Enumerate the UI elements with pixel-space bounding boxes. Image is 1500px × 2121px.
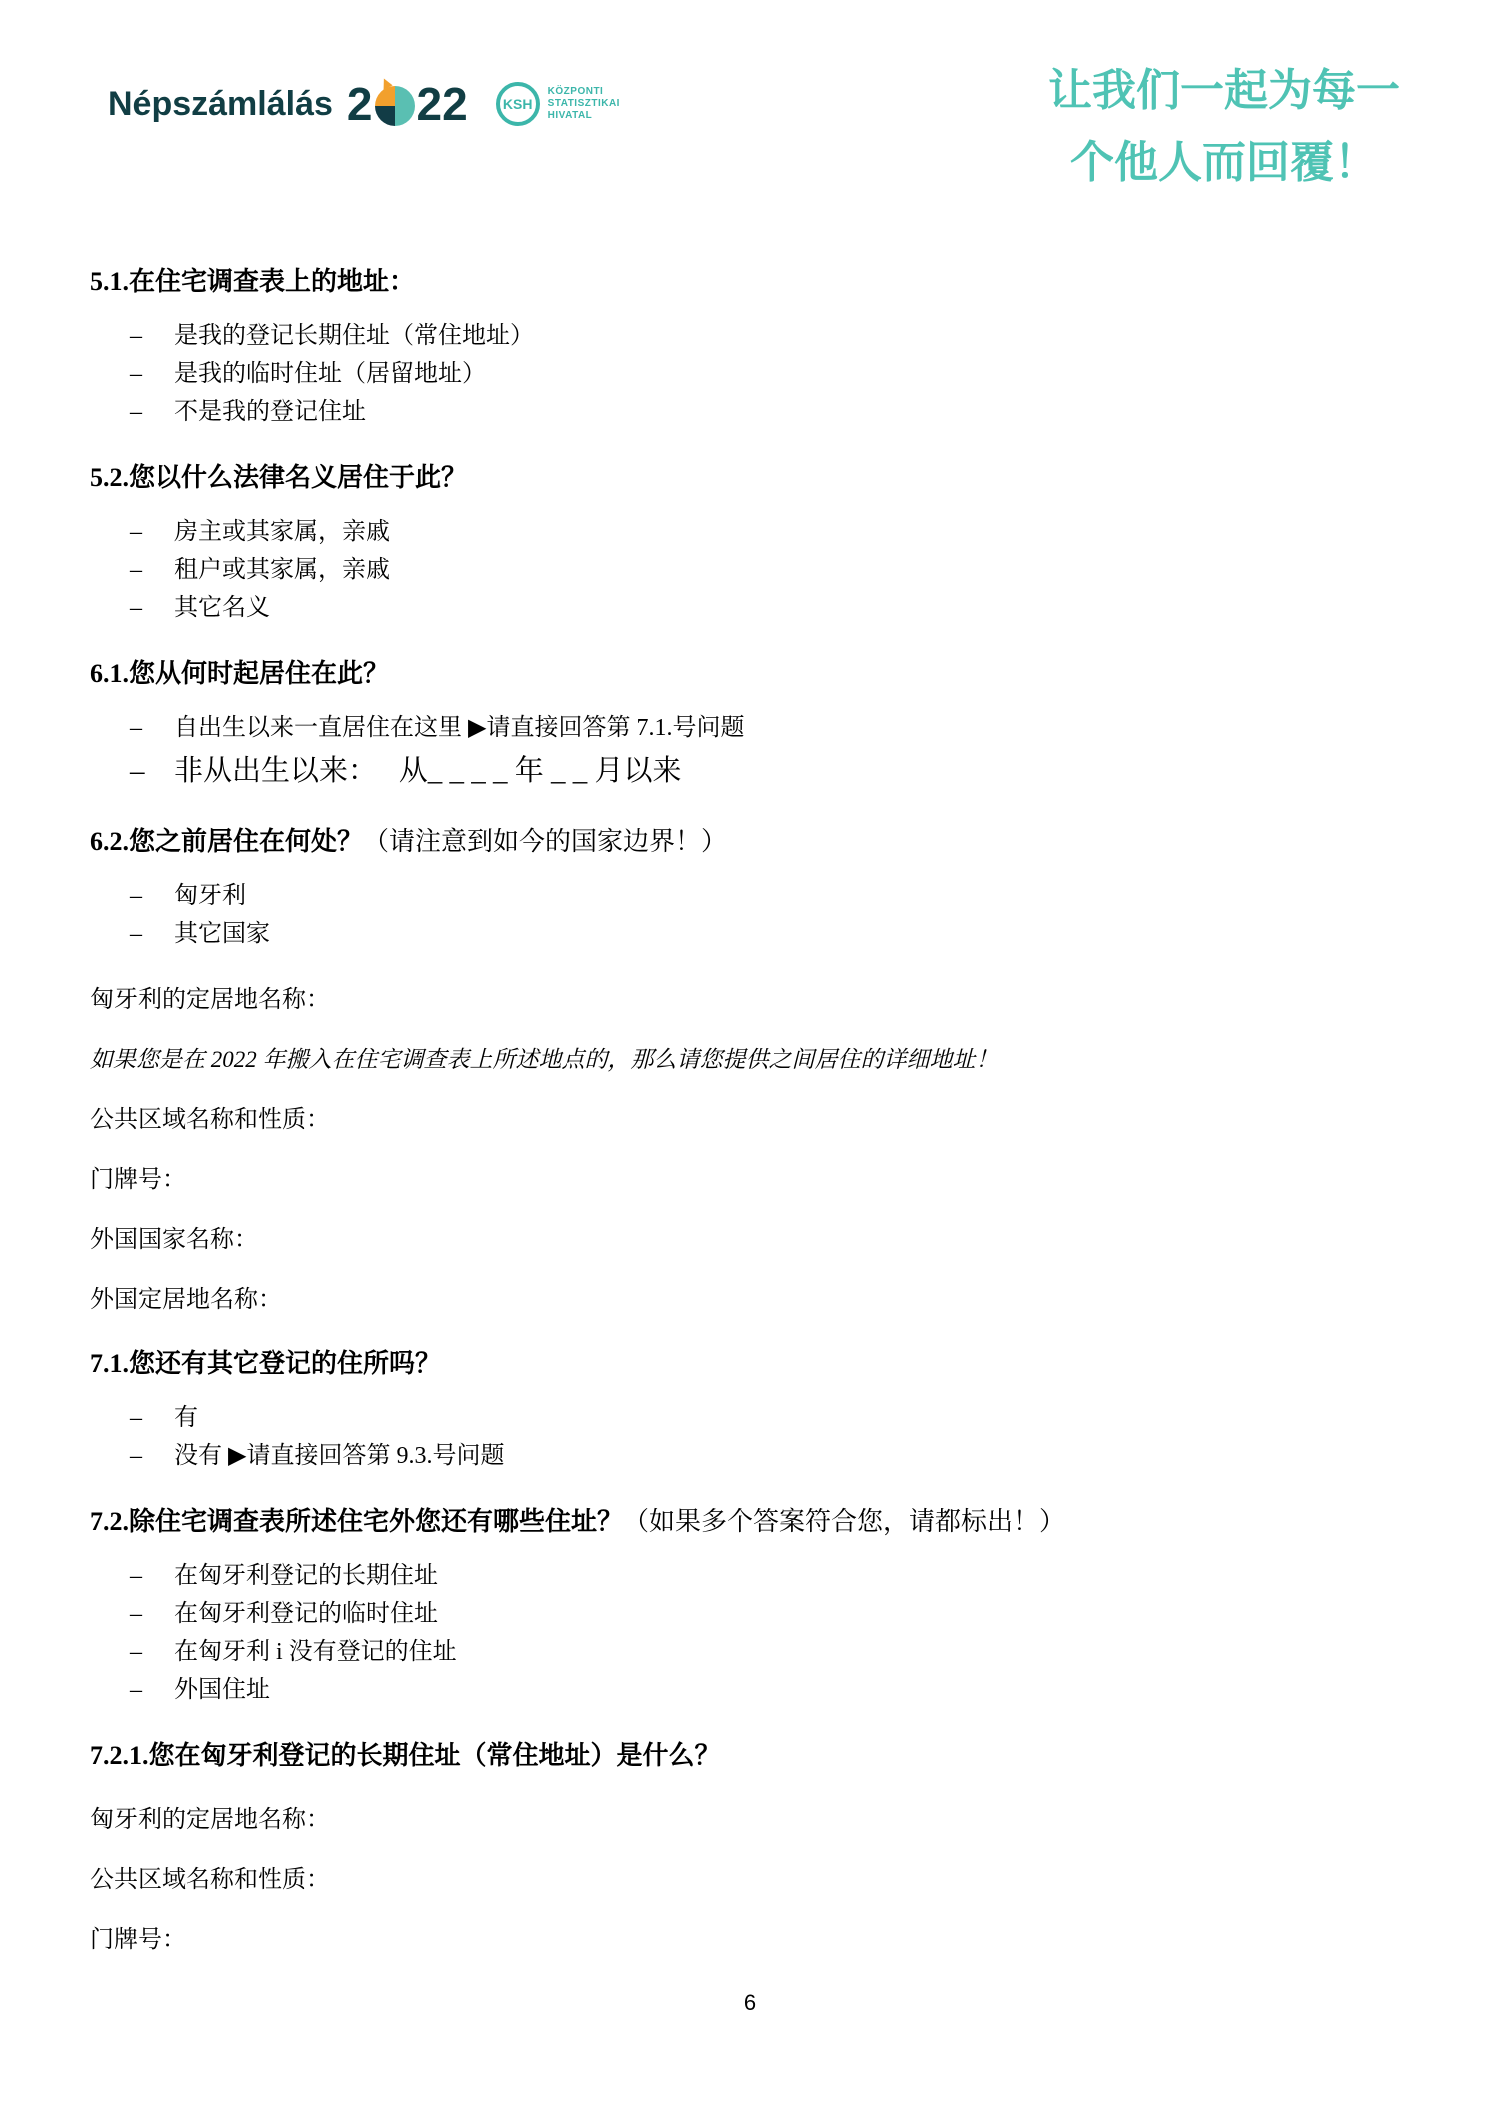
answer-option-text: 自出生以来一直居住在这里 ▶请直接回答第 7.1.号问题 bbox=[174, 709, 744, 747]
question-number: 5.1. bbox=[90, 267, 129, 296]
page-footer: 6 bbox=[0, 1990, 1500, 2016]
questionnaire-content: 5.1.在住宅调查表上的地址：–是我的登记长期住址（常住地址）–是我的临时住址（… bbox=[90, 265, 1410, 1953]
dash-bullet-icon: – bbox=[130, 1437, 174, 1475]
question-heading: 5.1.在住宅调查表上的地址： bbox=[90, 265, 1410, 299]
question-number: 6.2. bbox=[90, 827, 129, 856]
question-note: （如果多个答案符合您，请都标出！） bbox=[623, 1507, 1065, 1536]
answer-option-text: 在匈牙利登记的临时住址 bbox=[174, 1595, 438, 1633]
answer-option-text: 非从出生以来： 从_ _ _ _ 年 _ _ 月以来 bbox=[174, 747, 682, 795]
answer-options-list: –匈牙利–其它国家 bbox=[90, 877, 1410, 953]
answer-options-list: –自出生以来一直居住在这里 ▶请直接回答第 7.1.号问题–非从出生以来： 从_… bbox=[90, 709, 1410, 795]
fill-in-label: 外国定居地名称： bbox=[90, 1287, 1410, 1313]
ksh-logo: KSH KÖZPONTI STATISZTIKAI HIVATAL bbox=[496, 82, 620, 126]
dash-bullet-icon: – bbox=[130, 393, 174, 431]
answer-option: –自出生以来一直居住在这里 ▶请直接回答第 7.1.号问题 bbox=[90, 709, 1410, 747]
fill-in-label: 外国国家名称： bbox=[90, 1227, 1410, 1253]
answer-option-text: 有 bbox=[174, 1399, 198, 1437]
fill-in-label: 匈牙利的定居地名称： bbox=[90, 1807, 1410, 1833]
question-number: 7.2. bbox=[90, 1507, 129, 1536]
answer-option-text: 外国住址 bbox=[174, 1671, 270, 1709]
question-text: 您之前居住在何处？ bbox=[129, 827, 363, 856]
pie-spark-icon bbox=[379, 76, 392, 89]
answer-option-text: 租户或其家属，亲戚 bbox=[174, 551, 390, 589]
question-number: 5.2. bbox=[90, 463, 129, 492]
question-number: 7.1. bbox=[90, 1349, 129, 1378]
answer-option-text: 在匈牙利登记的长期住址 bbox=[174, 1557, 438, 1595]
slogan-line-2: 个他人而回覆！ bbox=[1048, 127, 1400, 199]
slogan-line-1: 让我们一起为每一 bbox=[1048, 55, 1400, 127]
instruction-note: 如果您是在 2022 年搬入在住宅调查表上所述地点的，那么请您提供之间居住的详细… bbox=[90, 1047, 1410, 1073]
answer-option: –非从出生以来： 从_ _ _ _ 年 _ _ 月以来 bbox=[90, 747, 1410, 795]
answer-option: –没有 ▶请直接回答第 9.3.号问题 bbox=[90, 1437, 1410, 1475]
dash-bullet-icon: – bbox=[130, 589, 174, 627]
dash-bullet-icon: – bbox=[130, 1399, 174, 1437]
document-page: Népszámlálás 2 22 KSH KÖZPONTI STATISZTI… bbox=[0, 0, 1500, 1953]
dash-bullet-icon: – bbox=[130, 355, 174, 393]
answer-option: –其它国家 bbox=[90, 915, 1410, 953]
question-text: 在住宅调查表上的地址： bbox=[129, 267, 415, 296]
brand-name-text: Népszámlálás bbox=[108, 85, 333, 124]
question-heading: 6.1.您从何时起居住在此？ bbox=[90, 657, 1410, 691]
campaign-slogan: 让我们一起为每一 个他人而回覆！ bbox=[1048, 55, 1400, 199]
answer-option: –租户或其家属，亲戚 bbox=[90, 551, 1410, 589]
question-heading: 7.2.1.您在匈牙利登记的长期住址（常住地址）是什么？ bbox=[90, 1739, 1410, 1773]
ksh-line1: KÖZPONTI bbox=[548, 86, 604, 97]
question-heading: 7.1.您还有其它登记的住所吗？ bbox=[90, 1347, 1410, 1381]
answer-option-text: 其它国家 bbox=[174, 915, 270, 953]
year-digits-22: 22 bbox=[417, 77, 468, 131]
fill-in-label: 公共区域名称和性质： bbox=[90, 1867, 1410, 1893]
answer-option-text: 房主或其家属，亲戚 bbox=[174, 513, 390, 551]
question-number: 7.2.1. bbox=[90, 1741, 149, 1770]
year-digit-2: 2 bbox=[347, 77, 373, 131]
question-number: 6.1. bbox=[90, 659, 129, 688]
dash-bullet-icon: – bbox=[130, 317, 174, 355]
question-text: 除住宅调查表所述住宅外您还有哪些住址？ bbox=[129, 1507, 623, 1536]
dash-bullet-icon: – bbox=[130, 709, 174, 747]
answer-option: –匈牙利 bbox=[90, 877, 1410, 915]
answer-options-list: –房主或其家属，亲戚–租户或其家属，亲戚–其它名义 bbox=[90, 513, 1410, 627]
dash-bullet-icon: – bbox=[130, 1671, 174, 1709]
fill-in-label: 匈牙利的定居地名称： bbox=[90, 987, 1410, 1013]
question-heading: 6.2.您之前居住在何处？（请注意到如今的国家边界！） bbox=[90, 825, 1410, 859]
answer-option: –房主或其家属，亲戚 bbox=[90, 513, 1410, 551]
question-text: 您在匈牙利登记的长期住址（常住地址）是什么？ bbox=[149, 1741, 721, 1770]
dash-bullet-icon: – bbox=[130, 1595, 174, 1633]
question-note: （请注意到如今的国家边界！） bbox=[363, 827, 727, 856]
dash-bullet-icon: – bbox=[130, 747, 174, 795]
question-text: 您以什么法律名义居住于此？ bbox=[129, 463, 467, 492]
answer-option-text: 是我的临时住址（居留地址） bbox=[174, 355, 486, 393]
nepszamlalas-2022-logo: Népszámlálás 2 22 KSH KÖZPONTI STATISZTI… bbox=[108, 77, 620, 131]
question-heading: 7.2.除住宅调查表所述住宅外您还有哪些住址？（如果多个答案符合您，请都标出！） bbox=[90, 1505, 1410, 1539]
answer-option-text: 在匈牙利 i 没有登记的住址 bbox=[174, 1633, 457, 1671]
answer-option: –不是我的登记住址 bbox=[90, 393, 1410, 431]
answer-option: –在匈牙利登记的临时住址 bbox=[90, 1595, 1410, 1633]
fill-in-label: 公共区域名称和性质： bbox=[90, 1107, 1410, 1133]
answer-option: –是我的临时住址（居留地址） bbox=[90, 355, 1410, 393]
question-text: 您还有其它登记的住所吗？ bbox=[129, 1349, 441, 1378]
fill-in-label: 门牌号： bbox=[90, 1927, 1410, 1953]
dash-bullet-icon: – bbox=[130, 877, 174, 915]
answer-option: –其它名义 bbox=[90, 589, 1410, 627]
dash-bullet-icon: – bbox=[130, 513, 174, 551]
page-header: Népszámlálás 2 22 KSH KÖZPONTI STATISZTI… bbox=[90, 55, 1410, 235]
answer-option-text: 是我的登记长期住址（常住地址） bbox=[174, 317, 534, 355]
pie-chart-zero-icon bbox=[375, 86, 415, 126]
answer-options-list: –是我的登记长期住址（常住地址）–是我的临时住址（居留地址）–不是我的登记住址 bbox=[90, 317, 1410, 431]
dash-bullet-icon: – bbox=[130, 1557, 174, 1595]
ksh-line2: STATISZTIKAI bbox=[548, 98, 620, 109]
question-heading: 5.2.您以什么法律名义居住于此？ bbox=[90, 461, 1410, 495]
dash-bullet-icon: – bbox=[130, 1633, 174, 1671]
answer-option: –有 bbox=[90, 1399, 1410, 1437]
ksh-logo-text: KÖZPONTI STATISZTIKAI HIVATAL bbox=[548, 86, 620, 122]
ksh-circle-icon: KSH bbox=[496, 82, 540, 126]
fill-in-label: 门牌号： bbox=[90, 1167, 1410, 1193]
answer-option: –在匈牙利 i 没有登记的住址 bbox=[90, 1633, 1410, 1671]
ksh-line3: HIVATAL bbox=[548, 110, 593, 121]
answer-options-list: –有–没有 ▶请直接回答第 9.3.号问题 bbox=[90, 1399, 1410, 1475]
answer-option: –外国住址 bbox=[90, 1671, 1410, 1709]
dash-bullet-icon: – bbox=[130, 915, 174, 953]
dash-bullet-icon: – bbox=[130, 551, 174, 589]
brand-year: 2 22 bbox=[347, 77, 468, 131]
answer-option-text: 没有 ▶请直接回答第 9.3.号问题 bbox=[174, 1437, 504, 1475]
answer-options-list: –在匈牙利登记的长期住址–在匈牙利登记的临时住址–在匈牙利 i 没有登记的住址–… bbox=[90, 1557, 1410, 1709]
page-number: 6 bbox=[744, 1990, 756, 2015]
answer-option: –是我的登记长期住址（常住地址） bbox=[90, 317, 1410, 355]
answer-option-text: 匈牙利 bbox=[174, 877, 246, 915]
answer-option: –在匈牙利登记的长期住址 bbox=[90, 1557, 1410, 1595]
question-text: 您从何时起居住在此？ bbox=[129, 659, 389, 688]
answer-option-text: 不是我的登记住址 bbox=[174, 393, 366, 431]
answer-option-text: 其它名义 bbox=[174, 589, 270, 627]
